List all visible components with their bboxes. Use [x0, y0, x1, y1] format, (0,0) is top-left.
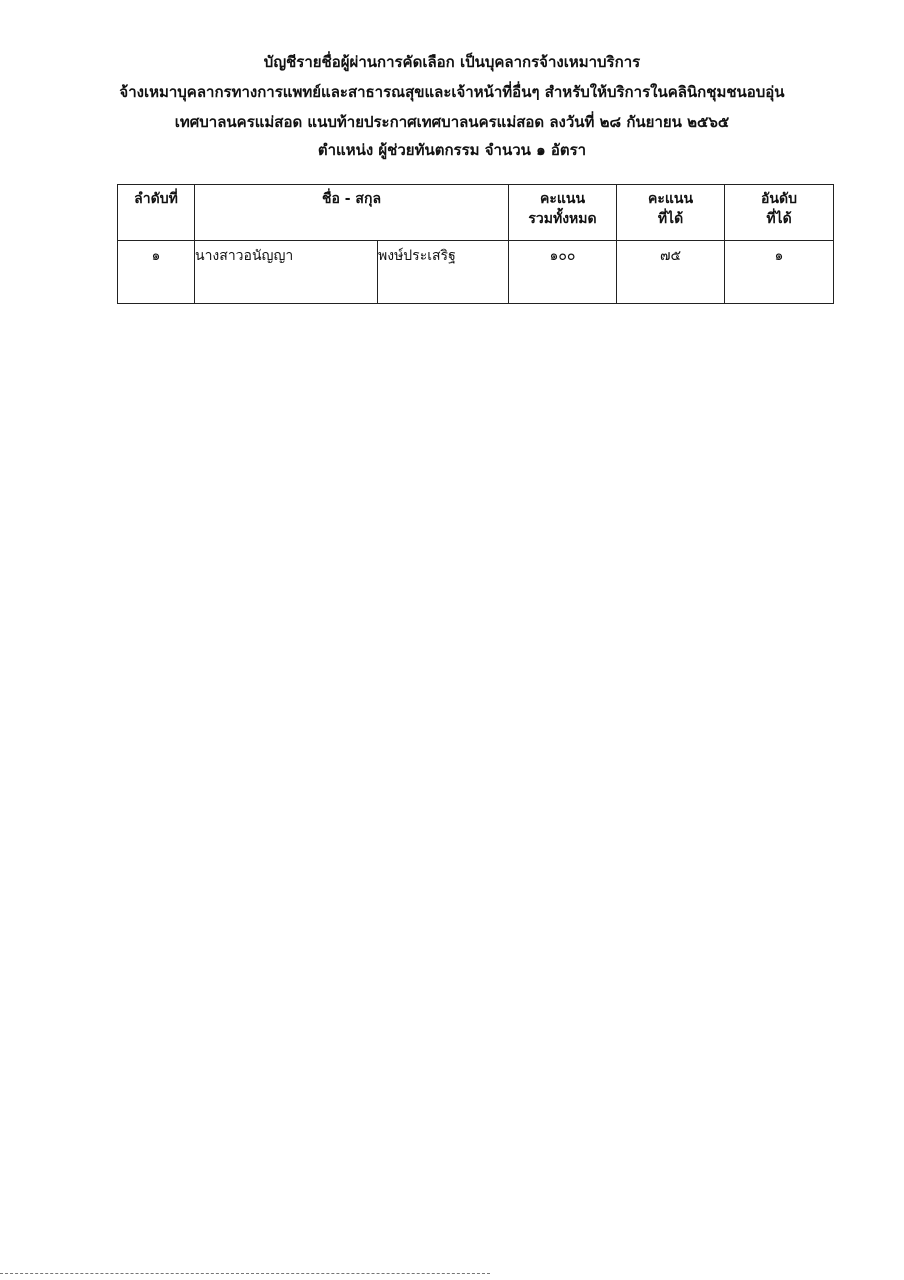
cell-first-name: นางสาวอนัญญา: [195, 241, 378, 304]
cell-last-name: พงษ์ประเสริฐ: [378, 241, 509, 304]
cell-score: ๗๕: [617, 241, 725, 304]
document-title-line-2: จ้างเหมาบุคลากรทางการแพทย์และสาธารณสุขแล…: [0, 82, 904, 102]
table-header-row: ลำดับที่ ชื่อ - สกุล คะแนน รวมทั้งหมด คะ…: [118, 185, 834, 241]
scan-edge-dashed-line: [0, 1273, 490, 1274]
header-total-score: คะแนน รวมทั้งหมด: [509, 185, 617, 241]
header-score-line2: ที่ได้: [617, 209, 724, 229]
document-title-line-3: เทศบาลนครแม่สอด แนบท้ายประกาศเทศบาลนครแม…: [0, 112, 904, 132]
cell-total-score: ๑๐๐: [509, 241, 617, 304]
document-position-line: ตำแหน่ง ผู้ช่วยทันตกรรม จำนวน ๑ อัตรา: [0, 140, 904, 160]
header-rank-line1: อันดับ: [725, 189, 833, 209]
header-rank: อันดับ ที่ได้: [725, 185, 834, 241]
cell-rank: ๑: [725, 241, 834, 304]
cell-no: ๑: [118, 241, 195, 304]
header-no: ลำดับที่: [118, 185, 195, 241]
header-score: คะแนน ที่ได้: [617, 185, 725, 241]
header-name: ชื่อ - สกุล: [195, 185, 509, 241]
header-score-line1: คะแนน: [617, 189, 724, 209]
table-row: ๑ นางสาวอนัญญา พงษ์ประเสริฐ ๑๐๐ ๗๕ ๑: [118, 241, 834, 304]
results-table: ลำดับที่ ชื่อ - สกุล คะแนน รวมทั้งหมด คะ…: [117, 184, 834, 304]
header-rank-line2: ที่ได้: [725, 209, 833, 229]
document-title-line-1: บัญชีรายชื่อผู้ผ่านการคัดเลือก เป็นบุคลา…: [0, 52, 904, 72]
header-total-score-line2: รวมทั้งหมด: [509, 209, 616, 229]
header-total-score-line1: คะแนน: [509, 189, 616, 209]
